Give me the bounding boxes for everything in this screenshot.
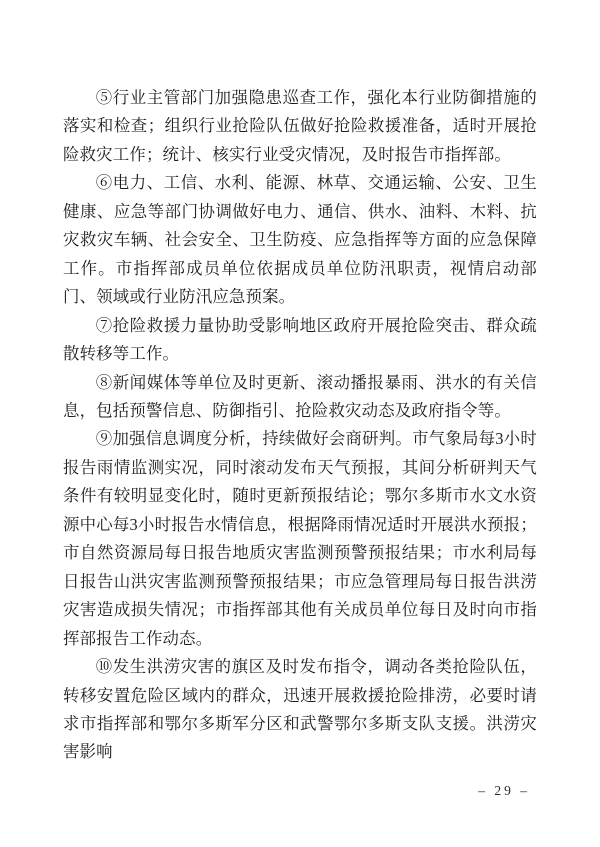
paragraph: ⑧新闻媒体等单位及时更新、滚动播报暴雨、洪水的有关信息，包括预警信息、防御指引、… xyxy=(63,369,537,426)
page-number: – 29 – xyxy=(478,783,530,799)
paragraph: ⑩发生洪涝灾害的旗区及时发布指令，调动各类抢险队伍，转移安置危险区域内的群众，迅… xyxy=(63,653,537,767)
paragraph: ⑤行业主管部门加强隐患巡查工作，强化本行业防御措施的落实和检查；组织行业抢险队伍… xyxy=(63,84,537,169)
document-body: ⑤行业主管部门加强隐患巡查工作，强化本行业防御措施的落实和检查；组织行业抢险队伍… xyxy=(63,84,537,767)
document-page: ⑤行业主管部门加强隐患巡查工作，强化本行业防御措施的落实和检查；组织行业抢险队伍… xyxy=(0,0,600,847)
paragraph: ⑥电力、工信、水利、能源、林草、交通运输、公安、卫生健康、应急等部门协调做好电力… xyxy=(63,169,537,311)
paragraph: ⑦抢险救援力量协助受影响地区政府开展抢险突击、群众疏散转移等工作。 xyxy=(63,312,537,369)
paragraph: ⑨加强信息调度分析，持续做好会商研判。市气象局每3小时报告雨情监测实况，同时滚动… xyxy=(63,425,537,653)
